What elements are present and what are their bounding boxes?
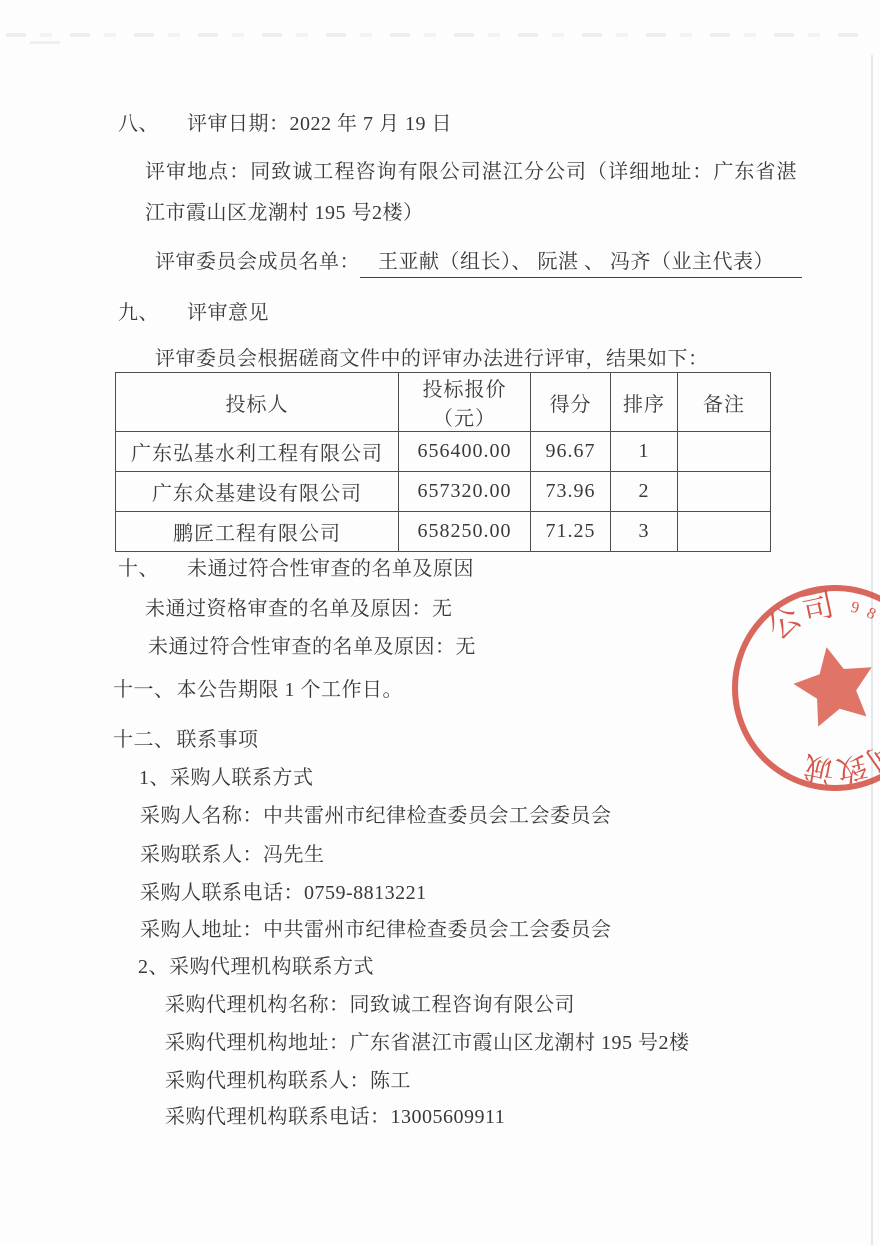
seal-digit: 5 <box>876 613 880 631</box>
section-11-title: 本公告期限 1 个工作日。 <box>177 679 404 701</box>
seal-char: 诚 <box>802 749 838 787</box>
table-row: 广东众基建设有限公司 657320.00 73.96 2 <box>116 472 771 512</box>
buyer-address-line: 采购人地址：中共雷州市纪律检查委员会工会委员会 <box>140 913 612 942</box>
agency-contact-line: 采购代理机构联系人：陈工 <box>165 1064 411 1093</box>
table-row: 鹏匠工程有限公司 658250.00 71.25 3 <box>116 512 771 552</box>
section-12-title: 联系事项 <box>177 729 259 751</box>
qualification-review-line: 未通过资格审查的名单及原因：无 <box>145 592 453 621</box>
buyer-contact-line: 采购联系人：冯先生 <box>140 838 325 867</box>
buyer-name-line: 采购人名称：中共雷州市纪律检查委员会工会委员会 <box>140 799 612 828</box>
agency-address-line: 采购代理机构地址：广东省湛江市霞山区龙潮村 195 号2楼 <box>165 1026 690 1055</box>
cell-rank: 2 <box>611 472 678 512</box>
cell-bid-price: 658250.00 <box>399 512 531 552</box>
section-9-number: 九、 <box>118 296 159 325</box>
cell-remark <box>678 432 771 472</box>
review-location-paragraph: 评审地点：同致诚工程咨询有限公司湛江分公司（详细地址：广东省湛江市霞山区龙潮村 … <box>145 152 797 234</box>
header-bidder: 投标人 <box>116 373 399 432</box>
seal-char: 致 <box>834 748 870 787</box>
cell-score: 73.96 <box>531 472 611 512</box>
seal-star-icon <box>787 639 880 730</box>
header-score: 得分 <box>531 373 611 432</box>
page-edge-line <box>871 55 873 1245</box>
cell-bidder: 广东弘基水利工程有限公司 <box>116 432 399 472</box>
document-page: 八、评审日期：2022 年 7 月 19 日 评审地点：同致诚工程咨询有限公司湛… <box>0 0 880 1245</box>
seal-text-group: 公 司 9 8 5 6 同 致 诚 <box>760 586 880 787</box>
buyer-contact-subtitle: 1、采购人联系方式 <box>139 761 314 790</box>
section-9-title: 评审意见 <box>187 302 269 324</box>
cell-remark <box>678 512 771 552</box>
section-8-title: 评审日期：2022 年 7 月 19 日 <box>187 113 452 135</box>
table-row: 广东弘基水利工程有限公司 656400.00 96.67 1 <box>116 432 771 472</box>
seal-ring <box>735 588 880 788</box>
bid-results-table: 投标人 投标报价（元） 得分 排序 备注 广东弘基水利工程有限公司 656400… <box>115 372 771 552</box>
section-8-heading: 八、评审日期：2022 年 7 月 19 日 <box>118 107 452 136</box>
seal-char: 同 <box>860 733 880 777</box>
conformity-review-line: 未通过符合性审查的名单及原因：无 <box>148 630 476 659</box>
agency-name-line: 采购代理机构名称：同致诚工程咨询有限公司 <box>165 988 575 1017</box>
section-9-heading: 九、评审意见 <box>118 296 269 325</box>
cell-rank: 1 <box>611 432 678 472</box>
cell-remark <box>678 472 771 512</box>
scan-artifact-speck <box>30 41 60 44</box>
seal-digit: 9 <box>849 599 861 617</box>
section-12-number: 十二、 <box>113 723 175 752</box>
section-12-heading: 十二、联系事项 <box>113 723 259 752</box>
seal-char: 公 <box>760 599 807 647</box>
company-seal-stamp: 公 司 9 8 5 6 同 致 诚 <box>705 558 880 818</box>
section-8-number: 八、 <box>118 107 159 136</box>
section-11-heading: 十一、本公告期限 1 个工作日。 <box>113 673 403 702</box>
seal-char: 司 <box>798 586 837 628</box>
scan-artifact-dashes <box>6 33 872 37</box>
header-remark: 备注 <box>678 373 771 432</box>
section-10-number: 十、 <box>118 552 159 581</box>
buyer-phone-line: 采购人联系电话：0759-8813221 <box>140 876 427 905</box>
cell-score: 71.25 <box>531 512 611 552</box>
agency-phone-line: 采购代理机构联系电话：13005609911 <box>165 1100 505 1129</box>
cell-bidder: 鹏匠工程有限公司 <box>116 512 399 552</box>
committee-members-label: 评审委员会成员名单： <box>155 251 360 273</box>
committee-members-value: 王亚献（组长）、 阮湛 、 冯齐（业主代表） <box>360 251 802 278</box>
section-10-heading: 十、未通过符合性审查的名单及原因 <box>118 552 474 581</box>
section-11-number: 十一、 <box>113 673 175 702</box>
agency-contact-subtitle: 2、采购代理机构联系方式 <box>138 950 374 979</box>
table-header-row: 投标人 投标报价（元） 得分 排序 备注 <box>116 373 771 432</box>
section-10-title: 未通过符合性审查的名单及原因 <box>187 558 474 580</box>
committee-members-line: 评审委员会成员名单：王亚献（组长）、 阮湛 、 冯齐（业主代表） <box>155 245 802 274</box>
cell-bid-price: 656400.00 <box>399 432 531 472</box>
cell-score: 96.67 <box>531 432 611 472</box>
cell-rank: 3 <box>611 512 678 552</box>
review-result-intro: 评审委员会根据磋商文件中的评审办法进行评审，结果如下： <box>155 342 709 371</box>
cell-bid-price: 657320.00 <box>399 472 531 512</box>
header-rank: 排序 <box>611 373 678 432</box>
header-bid-price: 投标报价（元） <box>399 373 531 432</box>
cell-bidder: 广东众基建设有限公司 <box>116 472 399 512</box>
